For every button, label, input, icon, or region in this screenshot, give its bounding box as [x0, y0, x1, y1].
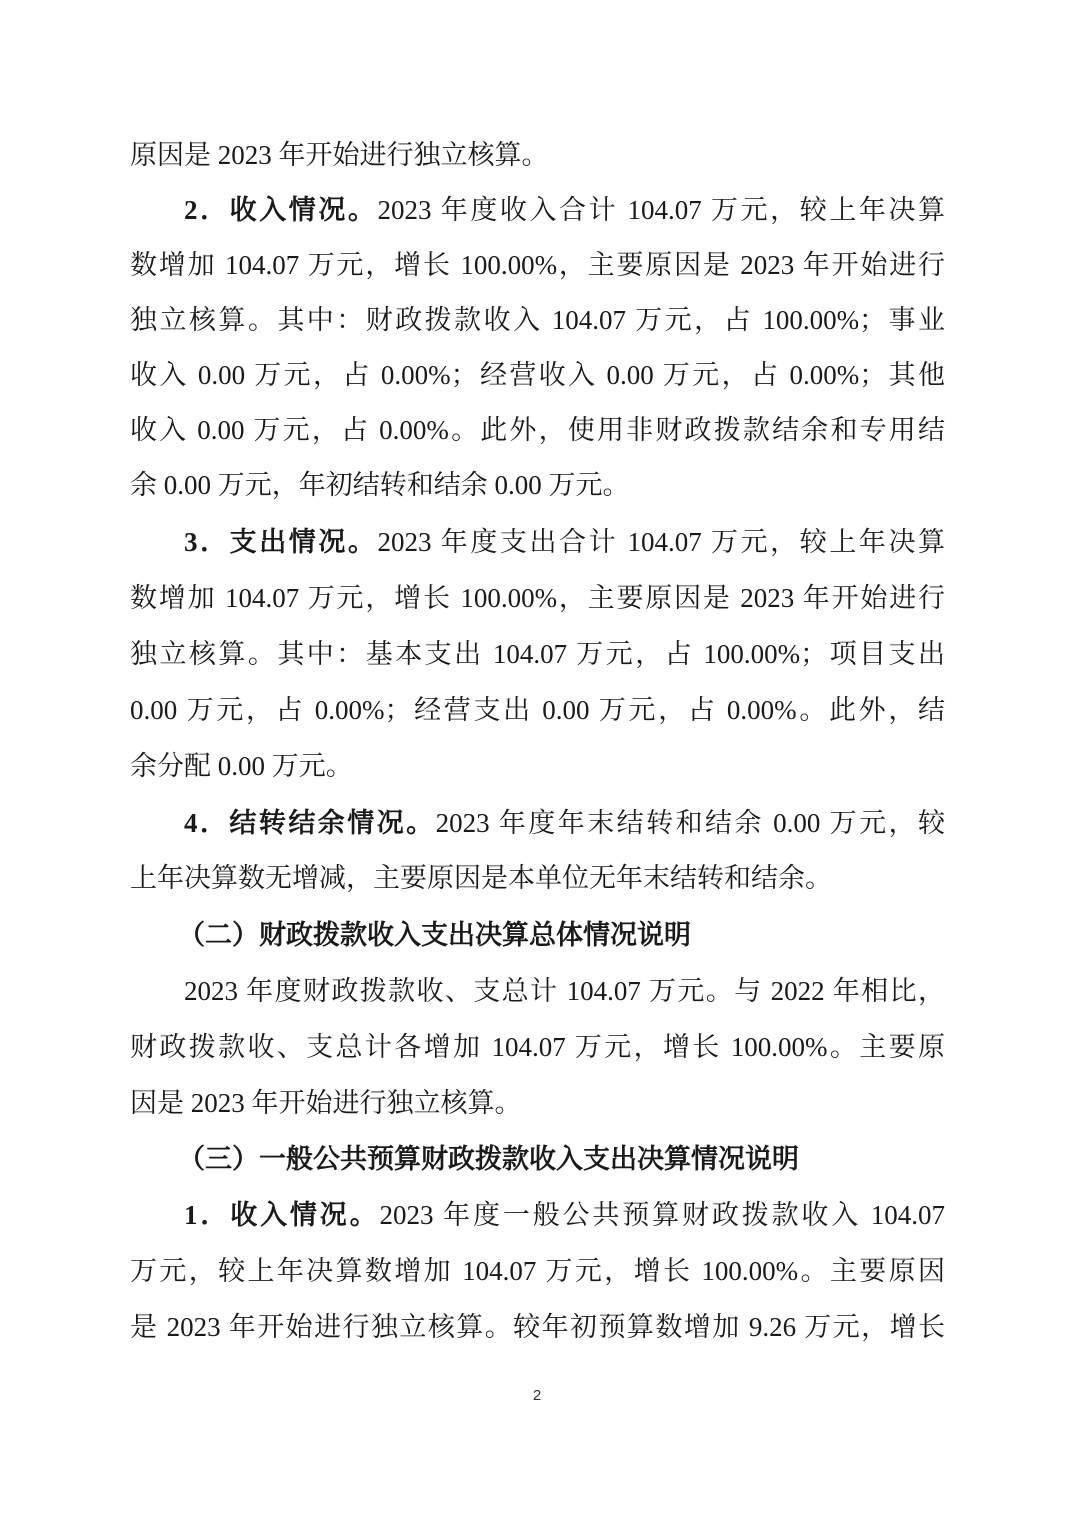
paragraph-line: 独立核算。其中：财政拨款收入 104.07 万元，占 100.00%；事业	[130, 302, 945, 338]
paragraph-line: 因是 2023 年开始进行独立核算。	[130, 1085, 945, 1121]
body-text: 数增加 104.07 万元，增长 100.00%，主要原因是 2023 年开始进…	[130, 583, 945, 613]
subsection-title-carryover: 4．结转结余情况。	[184, 808, 436, 838]
body-text: 是 2023 年开始进行独立核算。较年初预算数增加 9.26 万元，增长	[130, 1312, 945, 1342]
body-text: 2023 年度收入合计 104.07 万元，较上年决算	[377, 195, 945, 225]
subsection-title-income: 2．收入情况。	[184, 195, 377, 225]
paragraph-line: 数增加 104.07 万元，增长 100.00%，主要原因是 2023 年开始进…	[130, 247, 945, 283]
body-text: 2023 年度一般公共预算财政拨款收入 104.07	[380, 1200, 946, 1230]
paragraph-line: 万元，较上年决算数增加 104.07 万元，增长 100.00%。主要原因	[130, 1253, 945, 1289]
paragraph-line: 余 0.00 万元，年初结转和结余 0.00 万元。	[130, 467, 945, 503]
paragraph-line: 数增加 104.07 万元，增长 100.00%，主要原因是 2023 年开始进…	[130, 580, 945, 616]
paragraph-line: 2023 年度财政拨款收、支总计 104.07 万元。与 2022 年相比，	[184, 973, 945, 1009]
body-text: 因是 2023 年开始进行独立核算。	[130, 1088, 522, 1118]
body-text: 余分配 0.00 万元。	[130, 751, 353, 781]
body-text: 独立核算。其中：基本支出 104.07 万元，占 100.00%；项目支出	[130, 639, 945, 669]
paragraph-line: 是 2023 年开始进行独立核算。较年初预算数增加 9.26 万元，增长	[130, 1309, 945, 1345]
body-text: 余 0.00 万元，年初结转和结余 0.00 万元。	[130, 470, 630, 500]
paragraph-line: 收入 0.00 万元，占 0.00%；经营收入 0.00 万元，占 0.00%；…	[130, 357, 945, 393]
body-text: 2023 年度年末结转和结余 0.00 万元，较	[436, 808, 945, 838]
subsection-income-line: 2．收入情况。2023 年度收入合计 104.07 万元，较上年决算	[184, 192, 945, 228]
paragraph-line: 收入 0.00 万元，占 0.00%。此外，使用非财政拨款结余和专用结	[130, 412, 945, 448]
paragraph-line: 原因是 2023 年开始进行独立核算。	[130, 137, 945, 173]
subsection-title-gpb-income: 1．收入情况。	[184, 1200, 380, 1230]
section-heading-2: （二）财政拨款收入支出决算总体情况说明	[178, 917, 945, 953]
paragraph-line: 独立核算。其中：基本支出 104.07 万元，占 100.00%；项目支出	[130, 636, 945, 672]
paragraph-line: 0.00 万元，占 0.00%；经营支出 0.00 万元，占 0.00%。此外，…	[130, 692, 945, 728]
paragraph-line: 财政拨款收、支总计各增加 104.07 万元，增长 100.00%。主要原	[130, 1029, 945, 1065]
section-heading-text: （三）一般公共预算财政拨款收入支出决算情况说明	[178, 1144, 799, 1174]
subsection-expense-line: 3．支出情况。2023 年度支出合计 104.07 万元，较上年决算	[184, 524, 945, 560]
body-text: 2023 年度支出合计 104.07 万元，较上年决算	[377, 527, 945, 557]
document-page: 原因是 2023 年开始进行独立核算。 2．收入情况。2023 年度收入合计 1…	[0, 0, 1074, 1520]
subsection-title-expense: 3．支出情况。	[184, 527, 377, 557]
body-text: 数增加 104.07 万元，增长 100.00%，主要原因是 2023 年开始进…	[130, 250, 945, 280]
body-text: 2023 年度财政拨款收、支总计 104.07 万元。与 2022 年相比，	[184, 976, 945, 1006]
subsection-carryover-line: 4．结转结余情况。2023 年度年末结转和结余 0.00 万元，较	[184, 805, 945, 841]
body-text: 万元，较上年决算数增加 104.07 万元，增长 100.00%。主要原因	[130, 1256, 945, 1286]
paragraph-line: 余分配 0.00 万元。	[130, 748, 945, 784]
page-number: 2	[0, 1387, 1074, 1404]
subsection-gpb-income-line: 1．收入情况。2023 年度一般公共预算财政拨款收入 104.07	[184, 1197, 945, 1233]
body-text: 上年决算数无增减，主要原因是本单位无年末结转和结余。	[130, 863, 832, 893]
body-text: 原因是 2023 年开始进行独立核算。	[130, 140, 549, 170]
body-text: 独立核算。其中：财政拨款收入 104.07 万元，占 100.00%；事业	[130, 305, 945, 335]
body-text: 0.00 万元，占 0.00%；经营支出 0.00 万元，占 0.00%。此外，…	[130, 695, 945, 725]
paragraph-line: 上年决算数无增减，主要原因是本单位无年末结转和结余。	[130, 860, 945, 896]
body-text: 收入 0.00 万元，占 0.00%。此外，使用非财政拨款结余和专用结	[130, 415, 945, 445]
body-text: 财政拨款收、支总计各增加 104.07 万元，增长 100.00%。主要原	[130, 1032, 945, 1062]
section-heading-3: （三）一般公共预算财政拨款收入支出决算情况说明	[178, 1141, 945, 1177]
body-text: 收入 0.00 万元，占 0.00%；经营收入 0.00 万元，占 0.00%；…	[130, 360, 945, 390]
section-heading-text: （二）财政拨款收入支出决算总体情况说明	[178, 920, 691, 950]
